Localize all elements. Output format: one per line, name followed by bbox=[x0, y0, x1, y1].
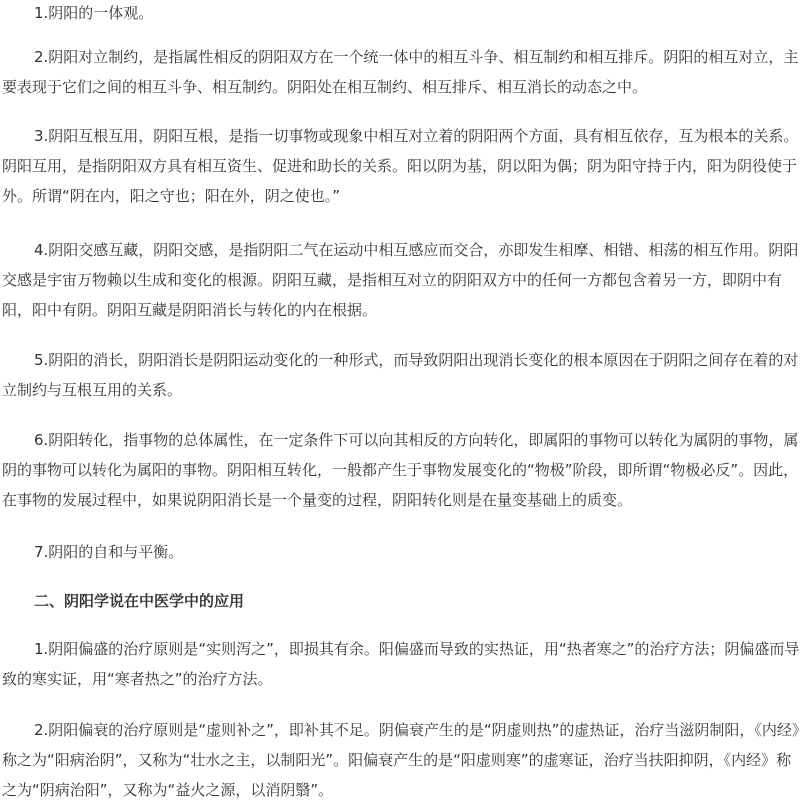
paragraph-waxing-waning: 5.阴阳的消长，阴阳消长是阴阳运动变化的一种形式，而导致阴阳出现消长变化的根本原… bbox=[2, 345, 802, 405]
paragraph-yinyang-unity: 1.阴阳的一体观。 bbox=[2, 0, 802, 28]
paragraph-interdependence: 3.阴阳互根互用，阴阳互根，是指一切事物或现象中相互对立着的阴阳两个方面，具有相… bbox=[2, 121, 802, 211]
paragraph-opposition-restraint: 2.阴阳对立制约，是指属性相反的阴阳双方在一个统一体中的相互斗争、相互制约和相互… bbox=[2, 42, 802, 102]
paragraph-deficiency-treatment: 2.阴阳偏衰的治疗原则是“虚则补之”，即补其不足。阴偏衰产生的是“阴虚则热”的虚… bbox=[2, 715, 802, 804]
paragraph-self-harmony: 7.阴阳的自和与平衡。 bbox=[2, 537, 802, 567]
section-heading: 二、阴阳学说在中医学中的应用 bbox=[2, 586, 802, 616]
paragraph-interaction: 4.阴阳交感互藏，阴阳交感，是指阴阳二气在运动中相互感应而交合，亦即发生相摩、相… bbox=[2, 235, 802, 325]
paragraph-transformation: 6.阴阳转化，指事物的总体属性，在一定条件下可以向其相反的方向转化，即属阳的事物… bbox=[2, 425, 802, 515]
paragraph-excess-treatment: 1.阴阳偏盛的治疗原则是“实则泻之”，即损其有余。阳偏盛而导致的实热证，用“热者… bbox=[2, 634, 802, 694]
